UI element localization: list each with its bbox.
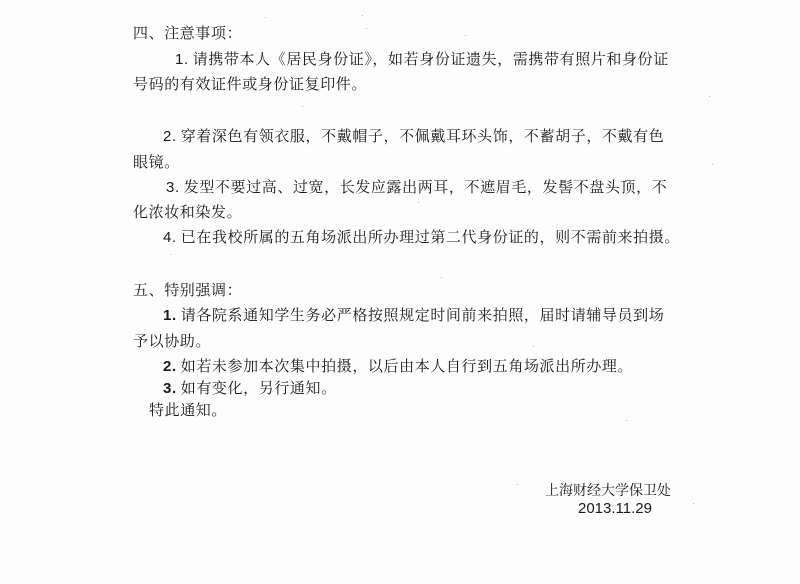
scan-speck — [366, 28, 367, 29]
scan-speck — [418, 202, 419, 203]
issue-date: 2013.11.29 — [578, 500, 652, 518]
scan-speck — [626, 420, 627, 421]
item-number: 3. — [166, 179, 180, 196]
scan-speck — [302, 106, 303, 107]
section-5-item-2-line-1: 2.如若未参加本次集中拍摄，以后由本人自行到五角场派出所办理。 — [163, 357, 633, 376]
scan-speck — [362, 15, 363, 16]
item-number: 2. — [163, 128, 177, 145]
issuing-organization: 上海财经大学保卫处 — [545, 482, 671, 500]
scan-speck — [533, 346, 534, 347]
scan-speck — [712, 164, 713, 165]
section-4-item-3-line-1: 3.发型不要过高、过宽，长发应露出两耳，不遮眉毛，发髻不盘头顶，不 — [166, 178, 667, 197]
closing-remark: 特此通知。 — [149, 401, 227, 419]
item-number: 1. — [163, 307, 177, 324]
document-page: 四、注意事项： 1.请携带本人《居民身份证》，如若身份证遗失，需携带有照片和身份… — [0, 0, 800, 584]
scan-speck — [693, 503, 694, 504]
item-number: 1. — [175, 51, 189, 68]
section-5-item-1-line-2: 予以协助。 — [133, 332, 211, 350]
scan-speck — [709, 96, 710, 97]
section-4-item-3-line-2: 化浓妆和染发。 — [133, 203, 242, 221]
scan-speck — [517, 484, 518, 485]
section-5-item-1-line-1: 1.请各院系通知学生务必严格按照规定时间前来拍照，届时请辅导员到场 — [163, 306, 664, 325]
section-4-item-1-line-2: 号码的有效证件或身份证复印件。 — [133, 75, 367, 93]
section-4-item-2-line-1: 2.穿着深色有领衣服，不戴帽子，不佩戴耳环头饰，不蓄胡子，不戴有色 — [163, 127, 664, 146]
section-5-heading: 五、特别强调： — [133, 281, 242, 299]
section-4-item-1-line-1: 1.请携带本人《居民身份证》，如若身份证遗失，需携带有照片和身份证 — [175, 50, 669, 69]
section-4-item-2-line-2: 眼镜。 — [133, 153, 180, 171]
section-4-item-4-line-1: 4.已在我校所属的五角场派出所办理过第二代身份证的，则不需前来拍摄。 — [163, 228, 680, 247]
section-5-item-3-line-1: 3.如有变化，另行通知。 — [163, 379, 337, 398]
scan-speck — [171, 254, 172, 255]
scan-speck — [441, 277, 442, 278]
item-number: 4. — [163, 229, 177, 246]
section-4-heading: 四、注意事项： — [133, 24, 242, 42]
scan-speck — [465, 35, 466, 36]
item-number: 2. — [163, 358, 177, 375]
item-number: 3. — [163, 380, 177, 397]
scan-speck — [265, 17, 266, 18]
